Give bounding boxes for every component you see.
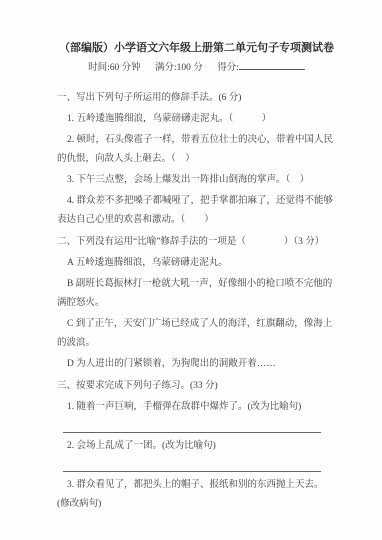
full-score-label: 满分:100 分 [155,63,203,73]
paper-meta: 时间:60 分钟 满分:100 分 得分: [57,60,336,75]
section-3-heading: 三、按要求完成下列句子练习。(33 分) [57,377,336,396]
section-2-heading: 二、下列没有运用“比喻”修辞手法的一项是（ ）（3 分） [57,233,336,252]
section-2-option-c: C 到了正午，天安门广场已经成了人的海洋，红旗翻动，像海上的波浪。 [57,315,336,353]
page-title: （部编版）小学语文六年级上册第二单元句子专项测试卷 [57,40,336,56]
section-1-question-3: 3. 下午三点整，会场上爆发出一阵排山倒海的掌声。（ ） [57,171,336,190]
section-2-option-a: A 五岭逶迤腾细浪，乌蒙磅礴走泥丸。 [57,254,336,273]
section-3-question-3: 3. 群众看见了，都把头上的帽子、报纸和别的东西抛上天去。(修改病句) [57,476,336,514]
answer-blank-line-2 [63,456,321,472]
section-1-question-1: 1. 五岭逶迤腾细浪，乌蒙磅礴走泥丸。（ ） [57,110,336,129]
section-2-option-b: B 副班长葛振林打一枪就大吼一声，好像细小的枪口喷不完他的满腔怒火。 [57,275,336,313]
score-label: 得分: [217,63,239,73]
section-1-question-4: 4. 群众差不多把嗓子都喊哑了，把手掌都拍麻了，还觉得不能够表达自己心里的欢喜和… [57,192,336,230]
section-1-question-2: 2. 顿时，石头像雹子一样，带着五位壮士的决心，带着中国人民的仇恨，向敌人头上砸… [57,131,336,169]
answer-blank-line-1 [63,417,321,433]
score-blank-line [239,60,305,70]
test-paper-page: （部编版）小学语文六年级上册第二单元句子专项测试卷 时间:60 分钟 满分:10… [0,0,382,540]
section-3-question-2: 2. 会场上乱成了一团。(改为比喻句) [57,437,336,456]
section-2-option-d: D 为人进出的门紧锁着，为狗爬出的洞敞开着…… [57,355,336,374]
section-3-question-1: 1. 随着一声巨响，手榴弹在敌群中爆炸了。(改为比喻句) [57,398,336,417]
section-1-heading: 一、写出下列句子所运用的修辞手法。(6 分) [57,89,336,108]
time-limit-label: 时间:60 分钟 [88,63,141,73]
